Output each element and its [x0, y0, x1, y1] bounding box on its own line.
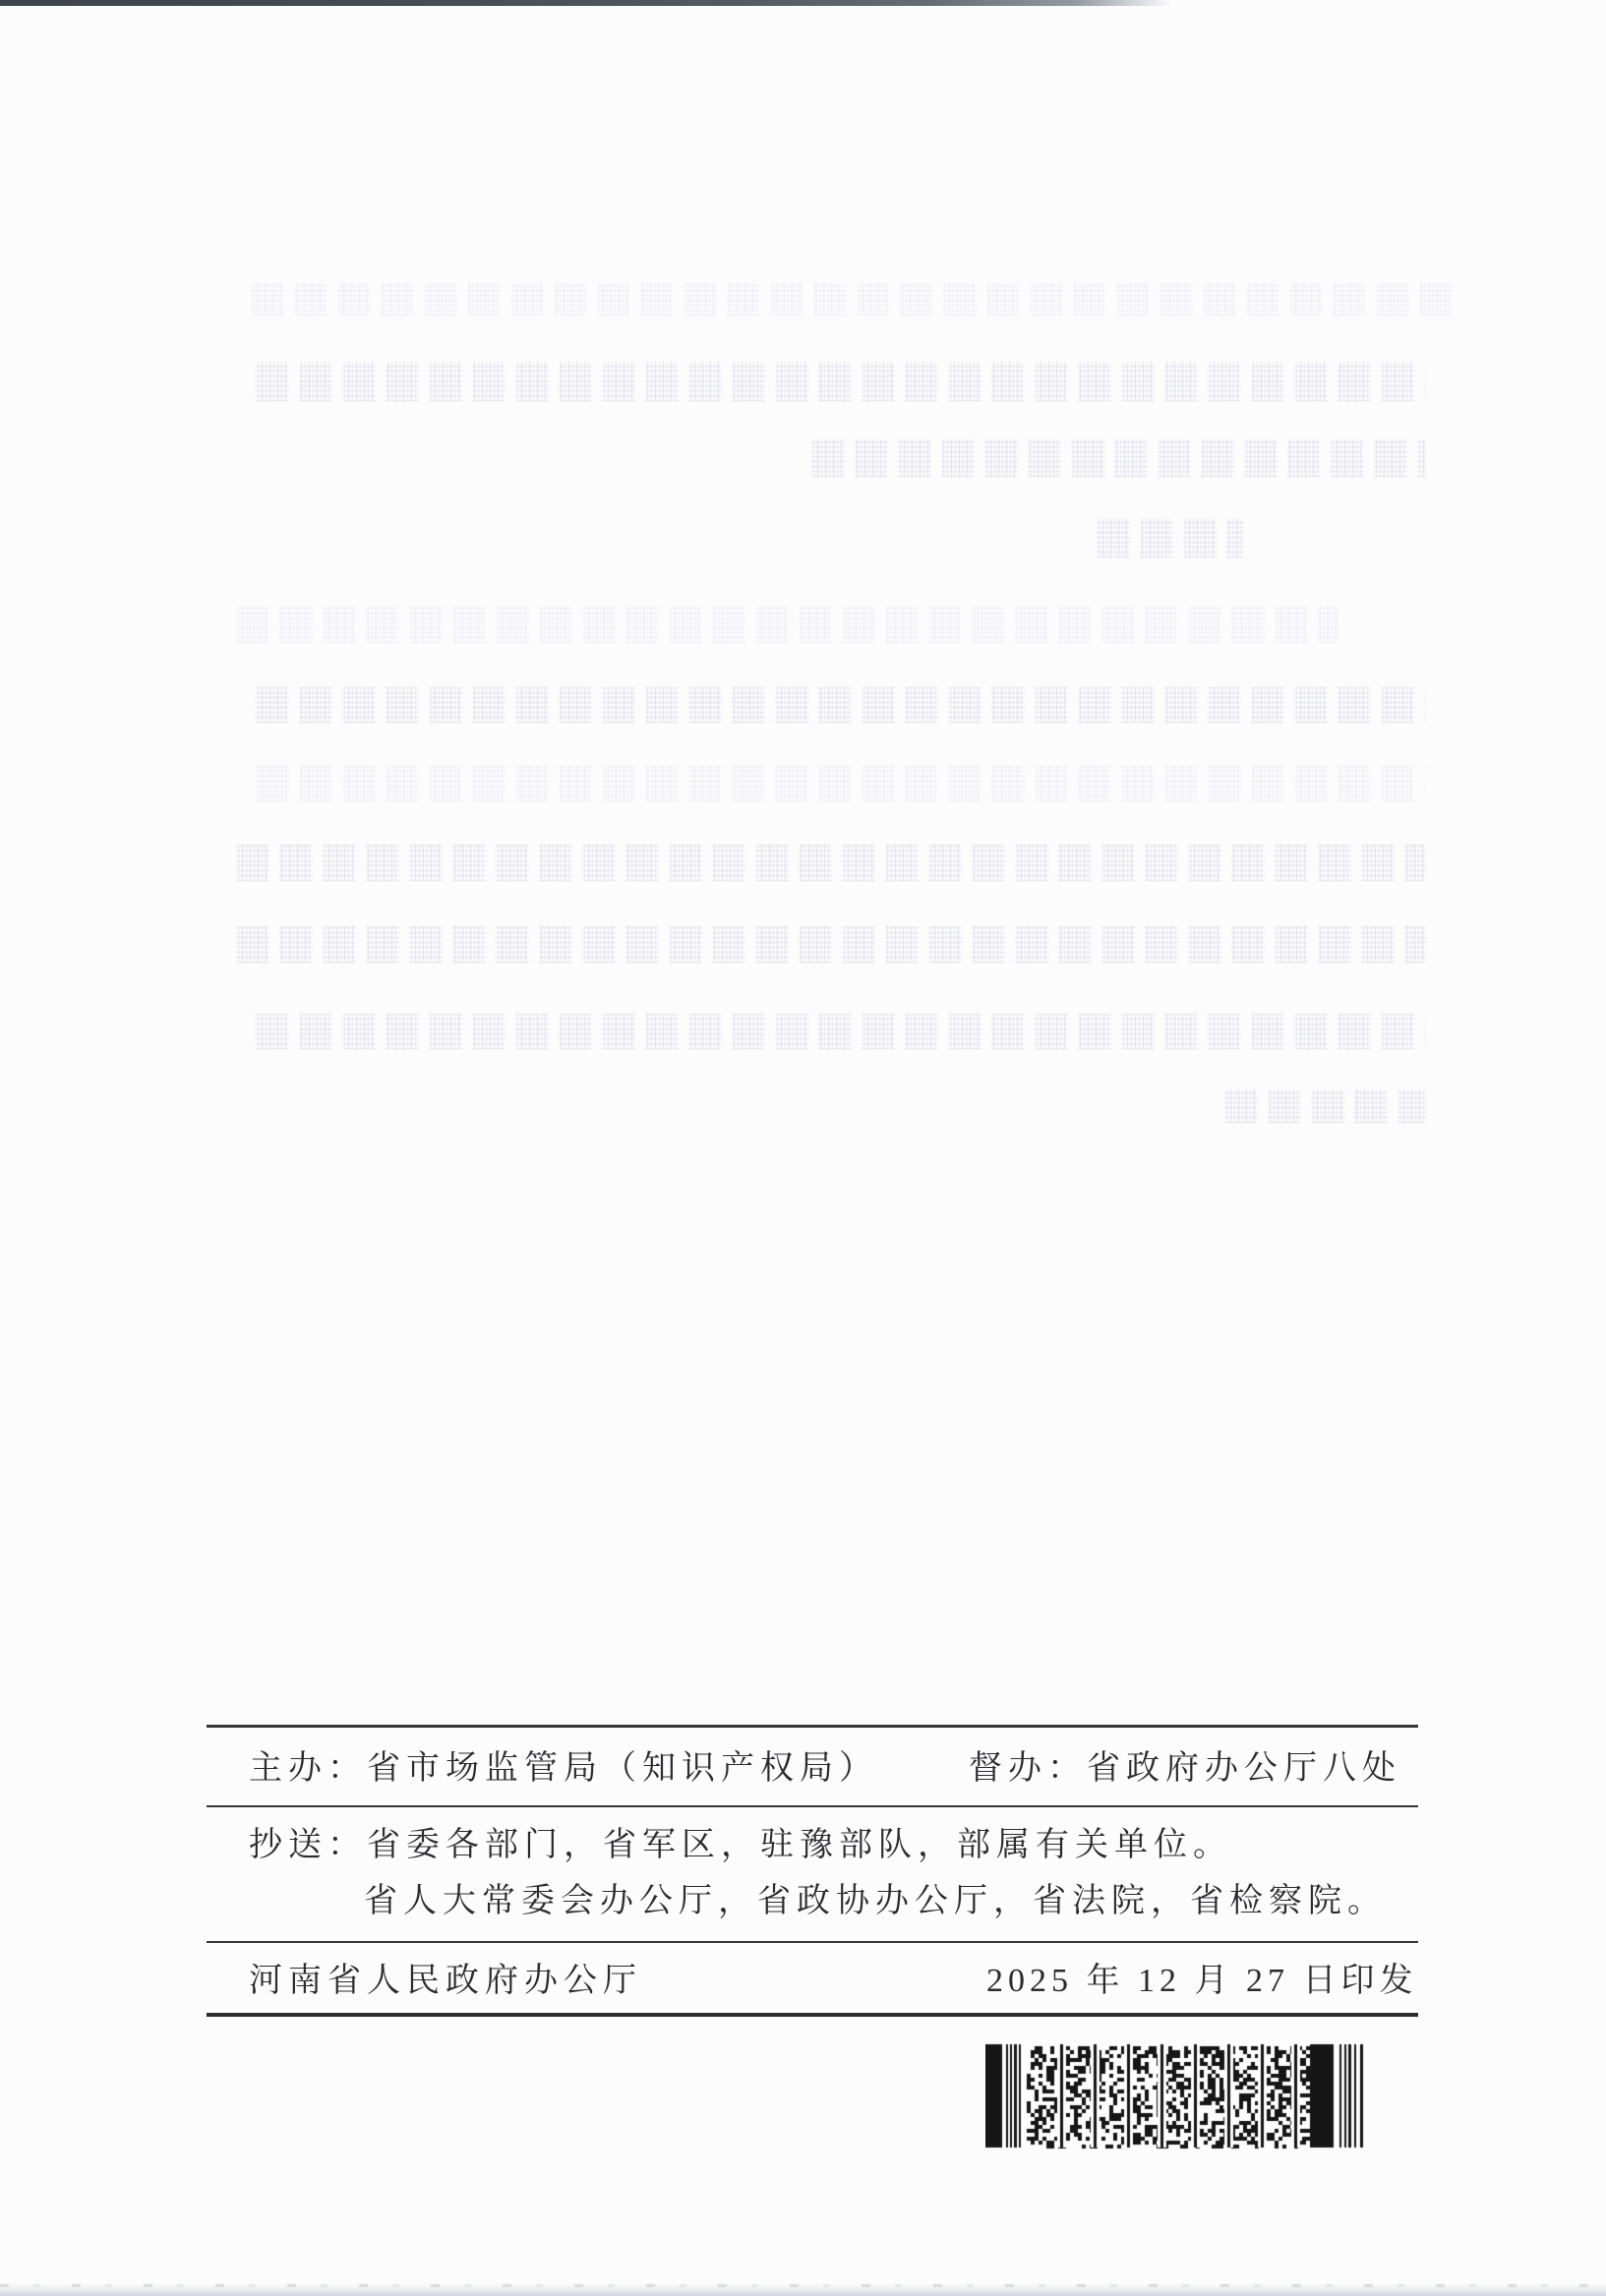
bleedthrough-text-band	[1087, 518, 1244, 558]
bleedthrough-text-band	[241, 282, 1456, 316]
footer-rule-bottom	[207, 2013, 1418, 2017]
bleedthrough-text-band	[246, 687, 1426, 723]
issuer-line: 河南省人民政府办公厅	[249, 1962, 642, 2001]
scanned-document-page: 主办：省市场监管局（知识产权局） 督办：省政府办公厅八处 抄送：省委各部门，省军…	[0, 0, 1606, 2296]
bleedthrough-text-band	[802, 440, 1426, 477]
cc-line-1: 抄送：省委各部门，省军区，驻豫部队，部属有关单位。	[249, 1826, 1232, 1865]
sponsor-line: 主办：省市场监管局（知识产权局）	[249, 1749, 878, 1789]
cc-value-2: 省人大常委会办公厅，省政协办公厅，省法院，省检察院。	[364, 1883, 1387, 1919]
supervisor-label: 督办：	[969, 1750, 1087, 1787]
scan-edge-top	[0, 0, 1606, 6]
cc-value-1: 省委各部门，省军区，驻豫部队，部属有关单位。	[367, 1827, 1232, 1863]
supervisor-line: 督办：省政府办公厅八处	[969, 1749, 1401, 1789]
bleedthrough-text-band	[1215, 1089, 1426, 1123]
scan-edge-bottom	[0, 2284, 1606, 2296]
bleedthrough-text-band	[246, 1014, 1426, 1049]
supervisor-value: 省政府办公厅八处	[1087, 1750, 1401, 1787]
sponsor-label: 主办：	[249, 1750, 367, 1787]
footer-rule-middle-2	[207, 1941, 1418, 1943]
cc-line-2: 省人大常委会办公厅，省政协办公厅，省法院，省检察院。	[364, 1882, 1387, 1921]
document-barcode	[985, 2042, 1365, 2149]
bleedthrough-text-band	[246, 766, 1426, 801]
footer-rule-top	[207, 1725, 1418, 1728]
footer-rule-middle-1	[207, 1805, 1418, 1807]
bleedthrough-text-band	[226, 606, 1338, 643]
sponsor-value: 省市场监管局（知识产权局）	[367, 1750, 878, 1787]
bleedthrough-text-band	[246, 362, 1426, 401]
print-date: 2025 年 12 月 27 日印发	[986, 1963, 1418, 1999]
print-date-line: 2025 年 12 月 27 日印发	[986, 1962, 1418, 2001]
bleedthrough-text-band	[226, 925, 1426, 963]
bleedthrough-text-band	[226, 844, 1426, 881]
cc-label: 抄送：	[249, 1827, 367, 1863]
issuer-name: 河南省人民政府办公厅	[249, 1963, 642, 1999]
